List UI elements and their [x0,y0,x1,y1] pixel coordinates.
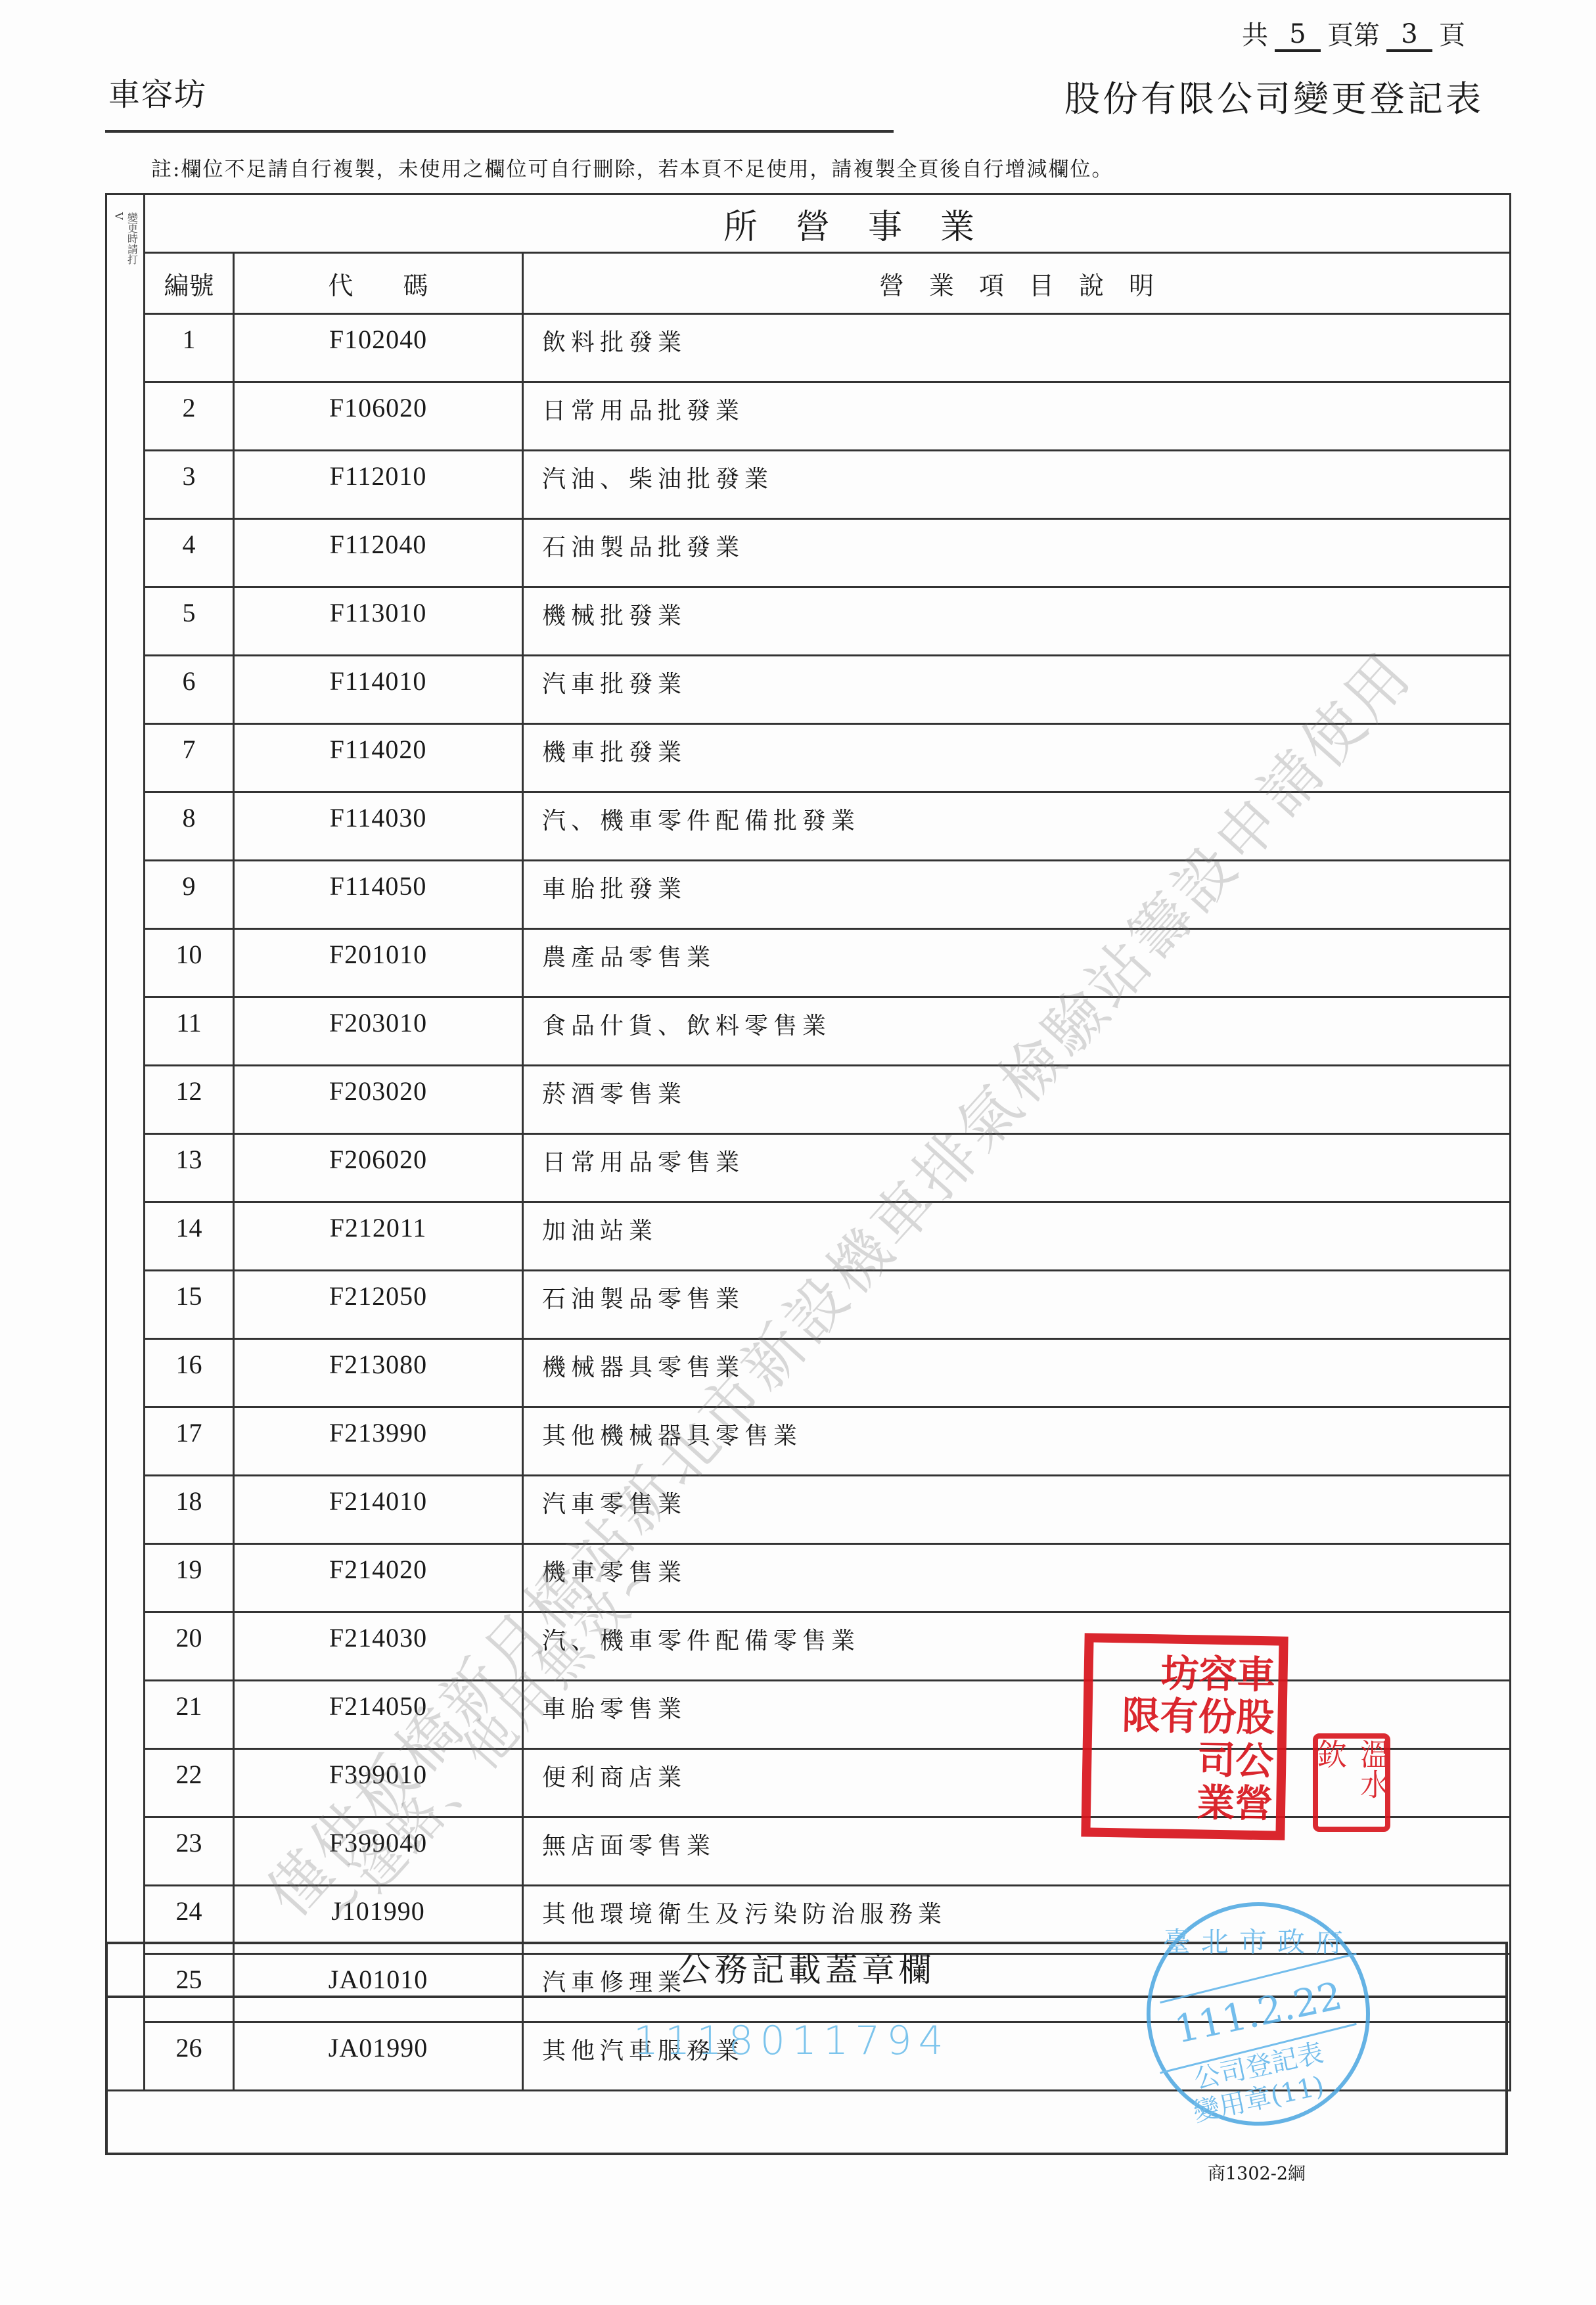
change-mark-cell [106,519,145,587]
page-counter: 共 5 頁第 3 頁 [1242,14,1465,52]
business-code: F112040 [234,519,523,587]
change-mark-cell [106,1202,145,1271]
table-row: 15F212050石油製品零售業 [106,1271,1511,1339]
table-row: 7F114020機車批發業 [106,724,1511,792]
change-mark-cell [106,1407,145,1476]
business-description: 飲料批發業 [523,314,1511,382]
business-description: 機械器具零售業 [523,1339,1511,1407]
company-seal-col: 車容坊 [1099,1649,1272,1695]
change-mark-cell [106,1817,145,1886]
table-row: 19F214020機車零售業 [106,1544,1511,1612]
page-total: 5 [1275,19,1321,52]
business-code: F399040 [234,1817,523,1886]
change-mark-cell [106,929,145,997]
table-row: 3F112010汽油、柴油批發業 [106,451,1511,519]
row-number: 5 [145,587,234,656]
table-row: 11F203010食品什貨、飲料零售業 [106,997,1511,1066]
business-code: F114010 [234,656,523,724]
business-code: F102040 [234,314,523,382]
row-number: 21 [145,1681,234,1749]
table-row: 8F114030汽、機車零件配備批發業 [106,792,1511,861]
row-number: 14 [145,1202,234,1271]
table-row: 23F399040無店面零售業 [106,1817,1511,1886]
row-number: 23 [145,1817,234,1886]
business-description: 石油製品批發業 [523,519,1511,587]
change-mark-cell [106,1749,145,1817]
business-code: F201010 [234,929,523,997]
row-number: 17 [145,1407,234,1476]
page-total-prefix: 共 [1242,14,1268,52]
business-code: F106020 [234,382,523,451]
change-mark-cell [106,724,145,792]
business-code: F114020 [234,724,523,792]
business-description: 汽車零售業 [523,1476,1511,1544]
business-items-table: 變更時請打V 所營事業 編號 代 碼 營 業 項 目 說 明 1F102040飲… [105,193,1511,2091]
business-description: 菸酒零售業 [523,1066,1511,1134]
change-mark-cell [106,861,145,929]
page-suffix: 頁 [1439,14,1465,52]
business-code: F213990 [234,1407,523,1476]
row-number: 18 [145,1476,234,1544]
serial-number: 1118011794 [633,2018,950,2064]
table-row: 2F106020日常用品批發業 [106,382,1511,451]
company-seal-col: 營業 [1097,1778,1270,1824]
row-number: 15 [145,1271,234,1339]
business-description: 加油站業 [523,1202,1511,1271]
row-number: 13 [145,1134,234,1202]
table-row: 14F212011加油站業 [106,1202,1511,1271]
change-mark-cell [106,997,145,1066]
form-code: 商1302-2綱 [1208,2159,1306,2185]
row-number: 7 [145,724,234,792]
form-title: 股份有限公司變更登記表 [1064,71,1484,122]
business-description: 日常用品零售業 [523,1134,1511,1202]
business-code: F114050 [234,861,523,929]
row-number: 19 [145,1544,234,1612]
business-code: F203020 [234,1066,523,1134]
table-row: 22F399010便利商店業 [106,1749,1511,1817]
business-description: 汽車批發業 [523,656,1511,724]
change-mark-cell [106,1681,145,1749]
business-description: 汽油、柴油批發業 [523,451,1511,519]
change-mark-cell [106,451,145,519]
table-row: 20F214030汽、機車零件配備零售業 [106,1612,1511,1681]
change-mark-cell [106,1271,145,1339]
table-row: 5F113010機械批發業 [106,587,1511,656]
row-number: 6 [145,656,234,724]
business-description: 其他機械器具零售業 [523,1407,1511,1476]
column-header-desc: 營 業 項 目 說 明 [523,253,1511,314]
business-code: F212050 [234,1271,523,1339]
business-description: 日常用品批發業 [523,382,1511,451]
change-mark-cell [106,1134,145,1202]
change-mark-cell [106,1339,145,1407]
table-row: 21F214050車胎零售業 [106,1681,1511,1749]
header-divider [105,130,894,133]
row-number: 16 [145,1339,234,1407]
business-code: F213080 [234,1339,523,1407]
page-current: 3 [1386,19,1432,52]
change-mark-cell [106,1476,145,1544]
column-header-no: 編號 [145,253,234,314]
business-description: 機車批發業 [523,724,1511,792]
table-row: 6F114010汽車批發業 [106,656,1511,724]
row-number: 3 [145,451,234,519]
business-description: 農產品零售業 [523,929,1511,997]
row-number: 2 [145,382,234,451]
change-mark-label: 變更時請打V [112,212,139,271]
table-row: 4F112040石油製品批發業 [106,519,1511,587]
government-date-stamp: 臺北市政府 111.2.22 公司登記表 變用章(11) [1147,1902,1370,2126]
business-code: F112010 [234,451,523,519]
change-mark-cell [106,382,145,451]
business-description: 汽、機車零件配備批發業 [523,792,1511,861]
business-code: F399010 [234,1749,523,1817]
change-mark-cell [106,587,145,656]
table-row: 9F114050車胎批發業 [106,861,1511,929]
row-number: 22 [145,1749,234,1817]
company-seal: 車容坊 股份有限 公司 營業 [1081,1633,1288,1840]
row-number: 8 [145,792,234,861]
business-description: 車胎批發業 [523,861,1511,929]
business-description: 機車零售業 [523,1544,1511,1612]
business-description: 石油製品零售業 [523,1271,1511,1339]
change-mark-cell [106,1612,145,1681]
change-mark-cell [106,656,145,724]
change-mark-cell [106,792,145,861]
company-name: 車容坊 [108,69,207,114]
company-seal-col: 公司 [1098,1735,1271,1781]
table-row: 18F214010汽車零售業 [106,1476,1511,1544]
row-number: 1 [145,314,234,382]
business-code: F114030 [234,792,523,861]
table-row: 12F203020菸酒零售業 [106,1066,1511,1134]
business-code: F113010 [234,587,523,656]
business-code: F214050 [234,1681,523,1749]
business-description: 機械批發業 [523,587,1511,656]
section-title: 所營事業 [145,194,1511,253]
business-code: F214030 [234,1612,523,1681]
page-mid: 頁第 [1327,14,1380,52]
business-code: F212011 [234,1202,523,1271]
change-mark-cell [106,1544,145,1612]
instruction-note: 註:欄位不足請自行複製，未使用之欄位可自行刪除，若本頁不足使用，請複製全頁後自行… [151,152,1113,182]
business-code: F203010 [234,997,523,1066]
business-code: F214020 [234,1544,523,1612]
business-description: 食品什貨、飲料零售業 [523,997,1511,1066]
representative-seal: 溫水欽 [1313,1733,1390,1832]
table-row: 17F213990其他機械器具零售業 [106,1407,1511,1476]
row-number: 4 [145,519,234,587]
change-mark-cell [106,314,145,382]
business-code: F214010 [234,1476,523,1544]
change-mark-cell [106,1066,145,1134]
row-number: 11 [145,997,234,1066]
business-code: F206020 [234,1134,523,1202]
table-row: 1F102040飲料批發業 [106,314,1511,382]
row-number: 20 [145,1612,234,1681]
row-number: 10 [145,929,234,997]
business-description: 汽、機車零件配備零售業 [523,1612,1511,1681]
table-row: 16F213080機械器具零售業 [106,1339,1511,1407]
company-seal-col: 股份有限 [1099,1692,1271,1738]
stamp-issuer: 臺北市政府 [1151,1921,1366,1960]
table-row: 10F201010農產品零售業 [106,929,1511,997]
row-number: 9 [145,861,234,929]
change-mark-header: 變更時請打V [106,194,145,314]
column-header-code: 代 碼 [234,253,523,314]
row-number: 12 [145,1066,234,1134]
table-row: 13F206020日常用品零售業 [106,1134,1511,1202]
